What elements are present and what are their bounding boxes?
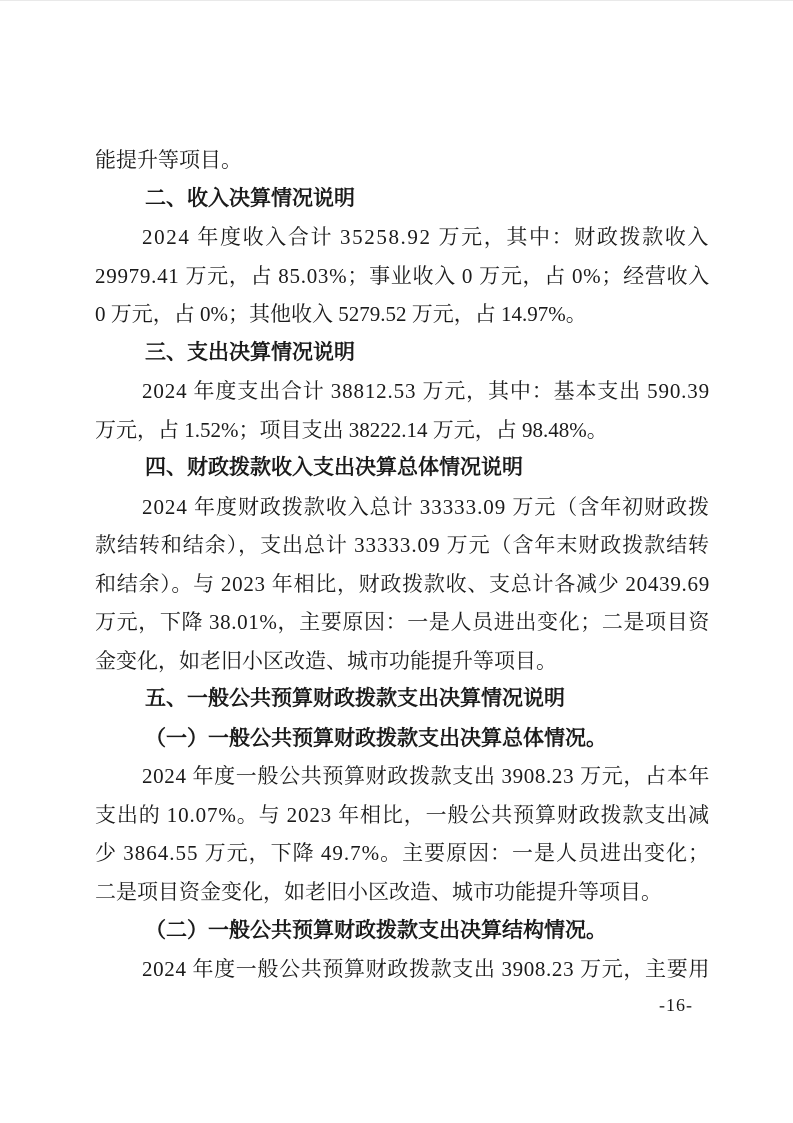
- line-text: 二、收入决算情况说明: [145, 187, 355, 210]
- line-text: 2024 年度支出合计 38812.53 万元，其中：基本支出 590.39: [142, 379, 710, 403]
- line-text: 2024 年度财政拨款收入总计 33333.09 万元（含年初财政拨: [142, 495, 710, 519]
- body-text-line: 0 万元，占 0%；其他收入 5279.52 万元，占 14.97%。: [95, 295, 710, 334]
- line-text: 2024 年度一般公共预算财政拨款支出 3908.23 万元，主要用: [142, 957, 710, 981]
- line-text: 三、支出决算情况说明: [145, 341, 355, 364]
- body-text-line: 29979.41 万元，占 85.03%；事业收入 0 万元，占 0%；经营收入: [95, 257, 710, 296]
- heading-line: 四、财政拨款收入支出决算总体情况说明: [95, 449, 710, 488]
- line-text: 万元，占 1.52%；项目支出 38222.14 万元，占 98.48%。: [95, 418, 608, 442]
- line-text: 二是项目资金变化，如老旧小区改造、城市功能提升等项目。: [95, 880, 662, 904]
- line-text: （二）一般公共预算财政拨款支出决算结构情况。: [145, 918, 607, 942]
- body-text-line: 款结转和结余），支出总计 33333.09 万元（含年末财政拨款结转: [95, 526, 710, 565]
- heading-line: （二）一般公共预算财政拨款支出决算结构情况。: [95, 911, 710, 950]
- line-text: 0 万元，占 0%；其他收入 5279.52 万元，占 14.97%。: [95, 302, 587, 326]
- heading-line: 二、收入决算情况说明: [95, 180, 710, 219]
- body-text-line: 万元，占 1.52%；项目支出 38222.14 万元，占 98.48%。: [95, 411, 710, 450]
- line-text: 和结余）。与 2023 年相比，财政拨款收、支总计各减少 20439.69: [95, 572, 710, 596]
- line-text: 万元，下降 38.01%，主要原因：一是人员进出变化；二是项目资: [95, 610, 710, 634]
- line-text: 29979.41 万元，占 85.03%；事业收入 0 万元，占 0%；经营收入: [95, 264, 710, 288]
- body-text-line: 少 3864.55 万元，下降 49.7%。主要原因：一是人员进出变化；: [95, 834, 710, 873]
- body-text-line: 2024 年度一般公共预算财政拨款支出 3908.23 万元，占本年: [95, 757, 710, 796]
- body-text-line: 2024 年度收入合计 35258.92 万元，其中：财政拨款收入: [95, 218, 710, 257]
- heading-line: 三、支出决算情况说明: [95, 334, 710, 373]
- line-text: 少 3864.55 万元，下降 49.7%。主要原因：一是人员进出变化；: [95, 841, 710, 865]
- body-text-line: 和结余）。与 2023 年相比，财政拨款收、支总计各减少 20439.69: [95, 565, 710, 604]
- body-text-line: 2024 年度支出合计 38812.53 万元，其中：基本支出 590.39: [95, 372, 710, 411]
- line-text: 2024 年度收入合计 35258.92 万元，其中：财政拨款收入: [142, 225, 710, 249]
- body-text-line: 金变化，如老旧小区改造、城市功能提升等项目。: [95, 642, 710, 681]
- body-text-line: 万元，下降 38.01%，主要原因：一是人员进出变化；二是项目资: [95, 603, 710, 642]
- body-text-line: 二是项目资金变化，如老旧小区改造、城市功能提升等项目。: [95, 873, 710, 912]
- line-text: 四、财政拨款收入支出决算总体情况说明: [145, 456, 523, 479]
- line-text: 款结转和结余），支出总计 33333.09 万元（含年末财政拨款结转: [95, 533, 710, 557]
- line-text: （一）一般公共预算财政拨款支出决算总体情况。: [145, 726, 607, 750]
- heading-line: （一）一般公共预算财政拨款支出决算总体情况。: [95, 719, 710, 758]
- page-footer: -16-: [0, 992, 793, 1018]
- line-text: 金变化，如老旧小区改造、城市功能提升等项目。: [95, 649, 557, 673]
- heading-line: 五、一般公共预算财政拨款支出决算情况说明: [95, 680, 710, 719]
- page-number: -16-: [659, 992, 693, 1018]
- line-text: 支出的 10.07%。与 2023 年相比，一般公共预算财政拨款支出减: [95, 803, 710, 827]
- body-text-line: 支出的 10.07%。与 2023 年相比，一般公共预算财政拨款支出减: [95, 796, 710, 835]
- document-body: 能提升等项目。二、收入决算情况说明2024 年度收入合计 35258.92 万元…: [95, 141, 710, 988]
- line-text: 2024 年度一般公共预算财政拨款支出 3908.23 万元，占本年: [142, 764, 710, 788]
- body-text-line: 能提升等项目。: [95, 141, 710, 180]
- line-text: 五、一般公共预算财政拨款支出决算情况说明: [145, 687, 565, 710]
- line-text: 能提升等项目。: [95, 148, 242, 172]
- body-text-line: 2024 年度一般公共预算财政拨款支出 3908.23 万元，主要用: [95, 950, 710, 989]
- body-text-line: 2024 年度财政拨款收入总计 33333.09 万元（含年初财政拨: [95, 488, 710, 527]
- document-page: 能提升等项目。二、收入决算情况说明2024 年度收入合计 35258.92 万元…: [0, 0, 793, 1123]
